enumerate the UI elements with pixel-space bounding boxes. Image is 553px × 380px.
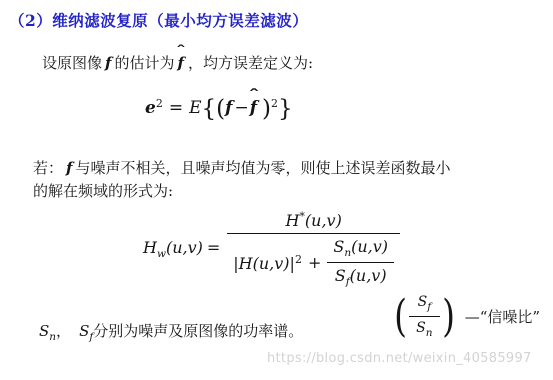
subscript-w: w — [157, 248, 166, 260]
subscript-f: f — [427, 301, 431, 313]
math-H: H — [285, 211, 299, 230]
snr-label: —“信噪比” — [465, 306, 540, 327]
superscript-two: 2 — [271, 97, 278, 110]
subscript-n: n — [426, 327, 433, 339]
sf-term: Sf — [409, 294, 439, 317]
em-dash: — — [465, 308, 480, 326]
sf-term: Sf(u,v) — [327, 263, 394, 288]
left-paren: ( — [394, 297, 407, 337]
assumption-line1: 与噪声不相关，且噪声均值为零，则使上述误差函数最小 — [75, 159, 450, 177]
spectrum-ratio-fraction: Sn(u,v) Sf(u,v) — [327, 237, 394, 288]
fraction-denominator: |H(u,v)|2 + Sn(u,v) Sf(u,v) — [227, 234, 400, 288]
right-paren: ) — [262, 96, 271, 122]
left-paren: ( — [216, 96, 225, 122]
equals-sign: = — [207, 238, 220, 257]
intro-post: ，均方误差定义为: — [188, 54, 313, 72]
mse-formula: e2=E{(f−ˆf)2} — [145, 97, 293, 121]
sn-term: Sn(u,v) — [327, 237, 394, 263]
assumption-line2: 的解在频域的形式为: — [33, 182, 173, 200]
assumption-prefix: 若： — [33, 159, 63, 177]
sn-term: Sn — [409, 317, 439, 339]
math-S: S — [335, 266, 346, 285]
math-S: S — [39, 322, 49, 340]
args-uv: (u,v) — [305, 211, 342, 230]
superscript-two: 2 — [295, 253, 302, 266]
math-H: H — [143, 238, 157, 257]
args-uv: (u,v) — [351, 237, 388, 256]
right-brace: } — [278, 96, 293, 122]
main-fraction: H*(u,v) |H(u,v)|2 + Sn(u,v) Sf(u,v) — [227, 210, 400, 288]
page-title: （2）维纳滤波复原（最小均方误差滤波） — [9, 9, 308, 31]
right-paren: ) — [442, 297, 455, 337]
intro-pre: 设原图像 — [42, 54, 102, 72]
superscript-two: 2 — [156, 97, 163, 110]
args-uv: (u,v) — [350, 266, 387, 285]
math-S: S — [418, 294, 428, 310]
math-S: S — [416, 320, 426, 336]
math-f: f — [225, 98, 232, 118]
csdn-watermark: https://blog.csdn.net/weixin_40585997 — [267, 351, 532, 366]
left-brace: { — [202, 96, 217, 122]
plus-sign: + — [308, 253, 321, 272]
math-f-hat: ˆf — [177, 54, 183, 72]
math-H: H — [239, 254, 253, 273]
comma: ， — [56, 322, 71, 340]
formula-lhs: Hw(u,v)= — [143, 238, 227, 260]
intro-text: 设原图像f的估计为ˆf，均方误差定义为: — [42, 52, 313, 73]
snr-note: ( Sf Sn ) —“信噪比” — [392, 294, 540, 339]
math-f: f — [105, 54, 111, 72]
hat-accent: ˆ — [176, 46, 186, 59]
snr-fraction: Sf Sn — [409, 294, 439, 339]
math-S: S — [79, 322, 89, 340]
math-f: f — [66, 159, 72, 177]
snr-term-text: “信噪比” — [480, 308, 540, 326]
power-spectrum-note: Sn，Sf分别为噪声及原图像的功率谱。 — [39, 320, 303, 343]
legend-text: 分别为噪声及原图像的功率谱。 — [93, 322, 303, 340]
minus-sign: − — [234, 98, 248, 118]
fraction-numerator: H*(u,v) — [227, 210, 400, 234]
assumption-text: 若：f与噪声不相关，且噪声均值为零，则使上述误差函数最小 的解在频域的形式为: — [33, 157, 548, 203]
math-E: E — [189, 98, 201, 118]
math-f-hat: ˆf — [250, 98, 257, 118]
math-e: e — [145, 98, 156, 118]
slide-page: （2）维纳滤波复原（最小均方误差滤波） 设原图像f的估计为ˆf，均方误差定义为:… — [0, 0, 553, 380]
intro-mid: 的估计为 — [114, 54, 174, 72]
equals-sign: = — [169, 98, 183, 118]
hat-accent: ˆ — [248, 89, 260, 103]
args-uv: (u,v) — [166, 238, 203, 257]
magnitude-squared-term: |H(u,v)|2 — [233, 253, 302, 273]
wiener-filter-formula: Hw(u,v)= H*(u,v) |H(u,v)|2 + Sn(u,v) — [143, 210, 400, 288]
math-S: S — [333, 237, 344, 256]
args-uv: (u,v) — [253, 254, 290, 273]
